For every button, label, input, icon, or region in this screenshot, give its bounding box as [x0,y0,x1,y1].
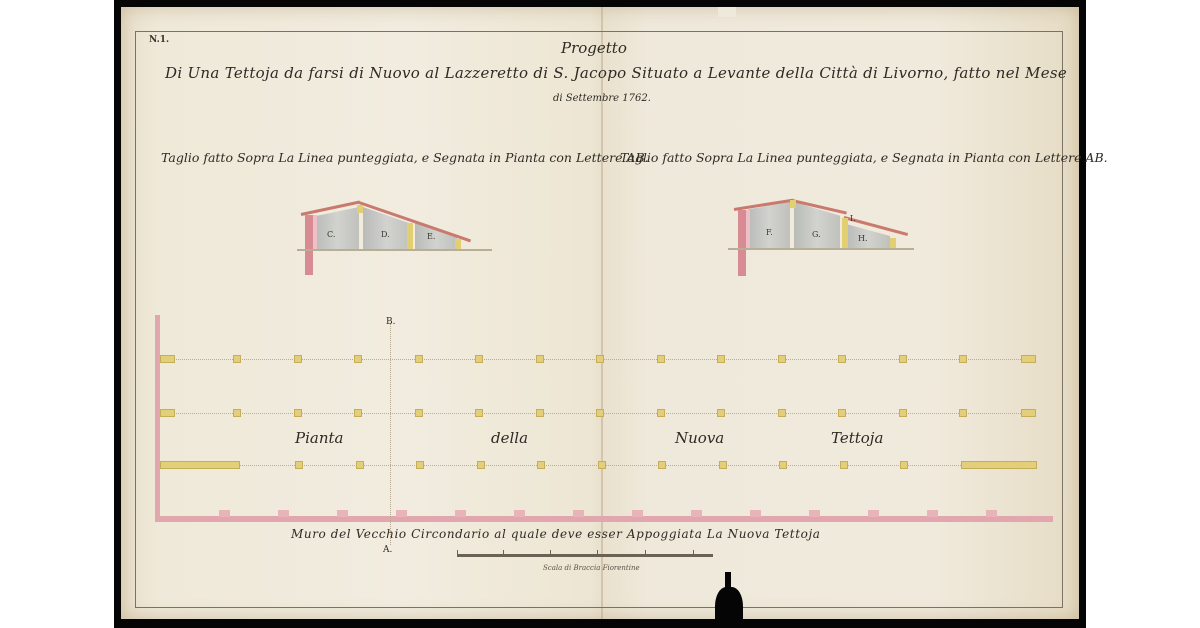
masonry-wall [738,210,746,276]
ground-line [728,248,914,250]
plan-word-pianta: Pianta [295,429,343,447]
pier-end-2 [160,409,175,417]
wall-caption: Muro del Vecchio Circondario al quale de… [291,527,821,541]
pier [717,355,725,363]
pier [959,409,967,417]
section-drawing-right: F. G. H. I. [726,190,926,276]
section-line-ab [390,323,391,545]
scale-caption: Scala di Braccia Fiorentine [543,564,640,572]
pier [598,461,606,469]
paper-tear-bottom [715,587,743,628]
wall-plaster [313,215,317,249]
pier-end-2-right [1021,409,1036,417]
wall-segment-right [961,461,1037,469]
marker-b: B. [386,317,395,327]
pier [959,355,967,363]
pier [658,461,666,469]
pier [779,461,787,469]
pier [838,355,846,363]
scale-bar [457,554,713,557]
pier [354,355,362,363]
label-i: I. [850,214,856,223]
ridge-post [357,205,363,213]
buttress [986,510,997,517]
pier [477,461,485,469]
pier [475,355,483,363]
pier [295,461,303,469]
post-g-h [842,218,848,248]
label-g: G. [812,230,821,239]
buttress [868,510,879,517]
pier [899,355,907,363]
pier [415,409,423,417]
buttress [219,510,230,517]
section-drawing-left: C. D. E. [297,193,497,275]
pier [719,461,727,469]
drawing-sheet: N.1. Progetto Di Una Tettoja da farsi di… [121,7,1079,619]
plan-end-wall [155,315,160,521]
pier [415,355,423,363]
post-e [455,239,461,249]
pier-end-1-right [1021,355,1036,363]
plan-word-nuova: Nuova [675,429,724,447]
pier [840,461,848,469]
wall-plaster [746,210,750,248]
paper-tear-top [718,7,736,17]
pier [356,461,364,469]
label-c: C. [327,230,335,239]
pier [475,409,483,417]
plan-word-tettoja: Tettoja [831,429,883,447]
floor-plan: Pianta della Nuova Tettoja [155,315,1055,525]
post-h [890,238,896,248]
buttress [396,510,407,517]
pier [294,355,302,363]
label-e: E. [427,232,435,241]
buttress [573,510,584,517]
pier [900,461,908,469]
pier [717,409,725,417]
pier [416,461,424,469]
buttress [927,510,938,517]
sheet-number: N.1. [149,35,169,45]
label-f: F. [766,228,773,237]
pier [778,409,786,417]
room-f [748,202,790,248]
buttress [809,510,820,517]
buttress [278,510,289,517]
marker-a: A. [383,545,392,555]
pier [899,409,907,417]
pier [596,409,604,417]
buttress [632,510,643,517]
buttress [455,510,466,517]
pier [657,409,665,417]
pier [536,409,544,417]
subtitle: Di Una Tettoja da farsi di Nuovo al Lazz… [165,64,1067,82]
old-perimeter-wall [155,516,1053,522]
pier [536,355,544,363]
pier-end-1 [160,355,175,363]
buttress [337,510,348,517]
buttress [750,510,761,517]
pier [596,355,604,363]
pier [838,409,846,417]
pier [537,461,545,469]
plan-word-della: della [491,429,528,447]
room-c [315,207,359,249]
pier [233,355,241,363]
pier [294,409,302,417]
buttress [514,510,525,517]
date-line: di Settembre 1762. [553,93,651,104]
pier [657,355,665,363]
label-h: H. [858,234,868,243]
pier [354,409,362,417]
label-d: D. [381,230,390,239]
buttress [691,510,702,517]
ridge-post [790,200,796,208]
section-caption-right: Taglio fatto Sopra La Linea punteggiata,… [620,150,1108,165]
post-d-e [407,223,413,249]
ground-line [297,249,492,251]
section-caption-left: Taglio fatto Sopra La Linea punteggiata,… [161,150,649,165]
masonry-wall [305,215,313,275]
wall-segment-left [160,461,240,469]
pier [778,355,786,363]
title: Progetto [561,39,627,57]
pier [233,409,241,417]
